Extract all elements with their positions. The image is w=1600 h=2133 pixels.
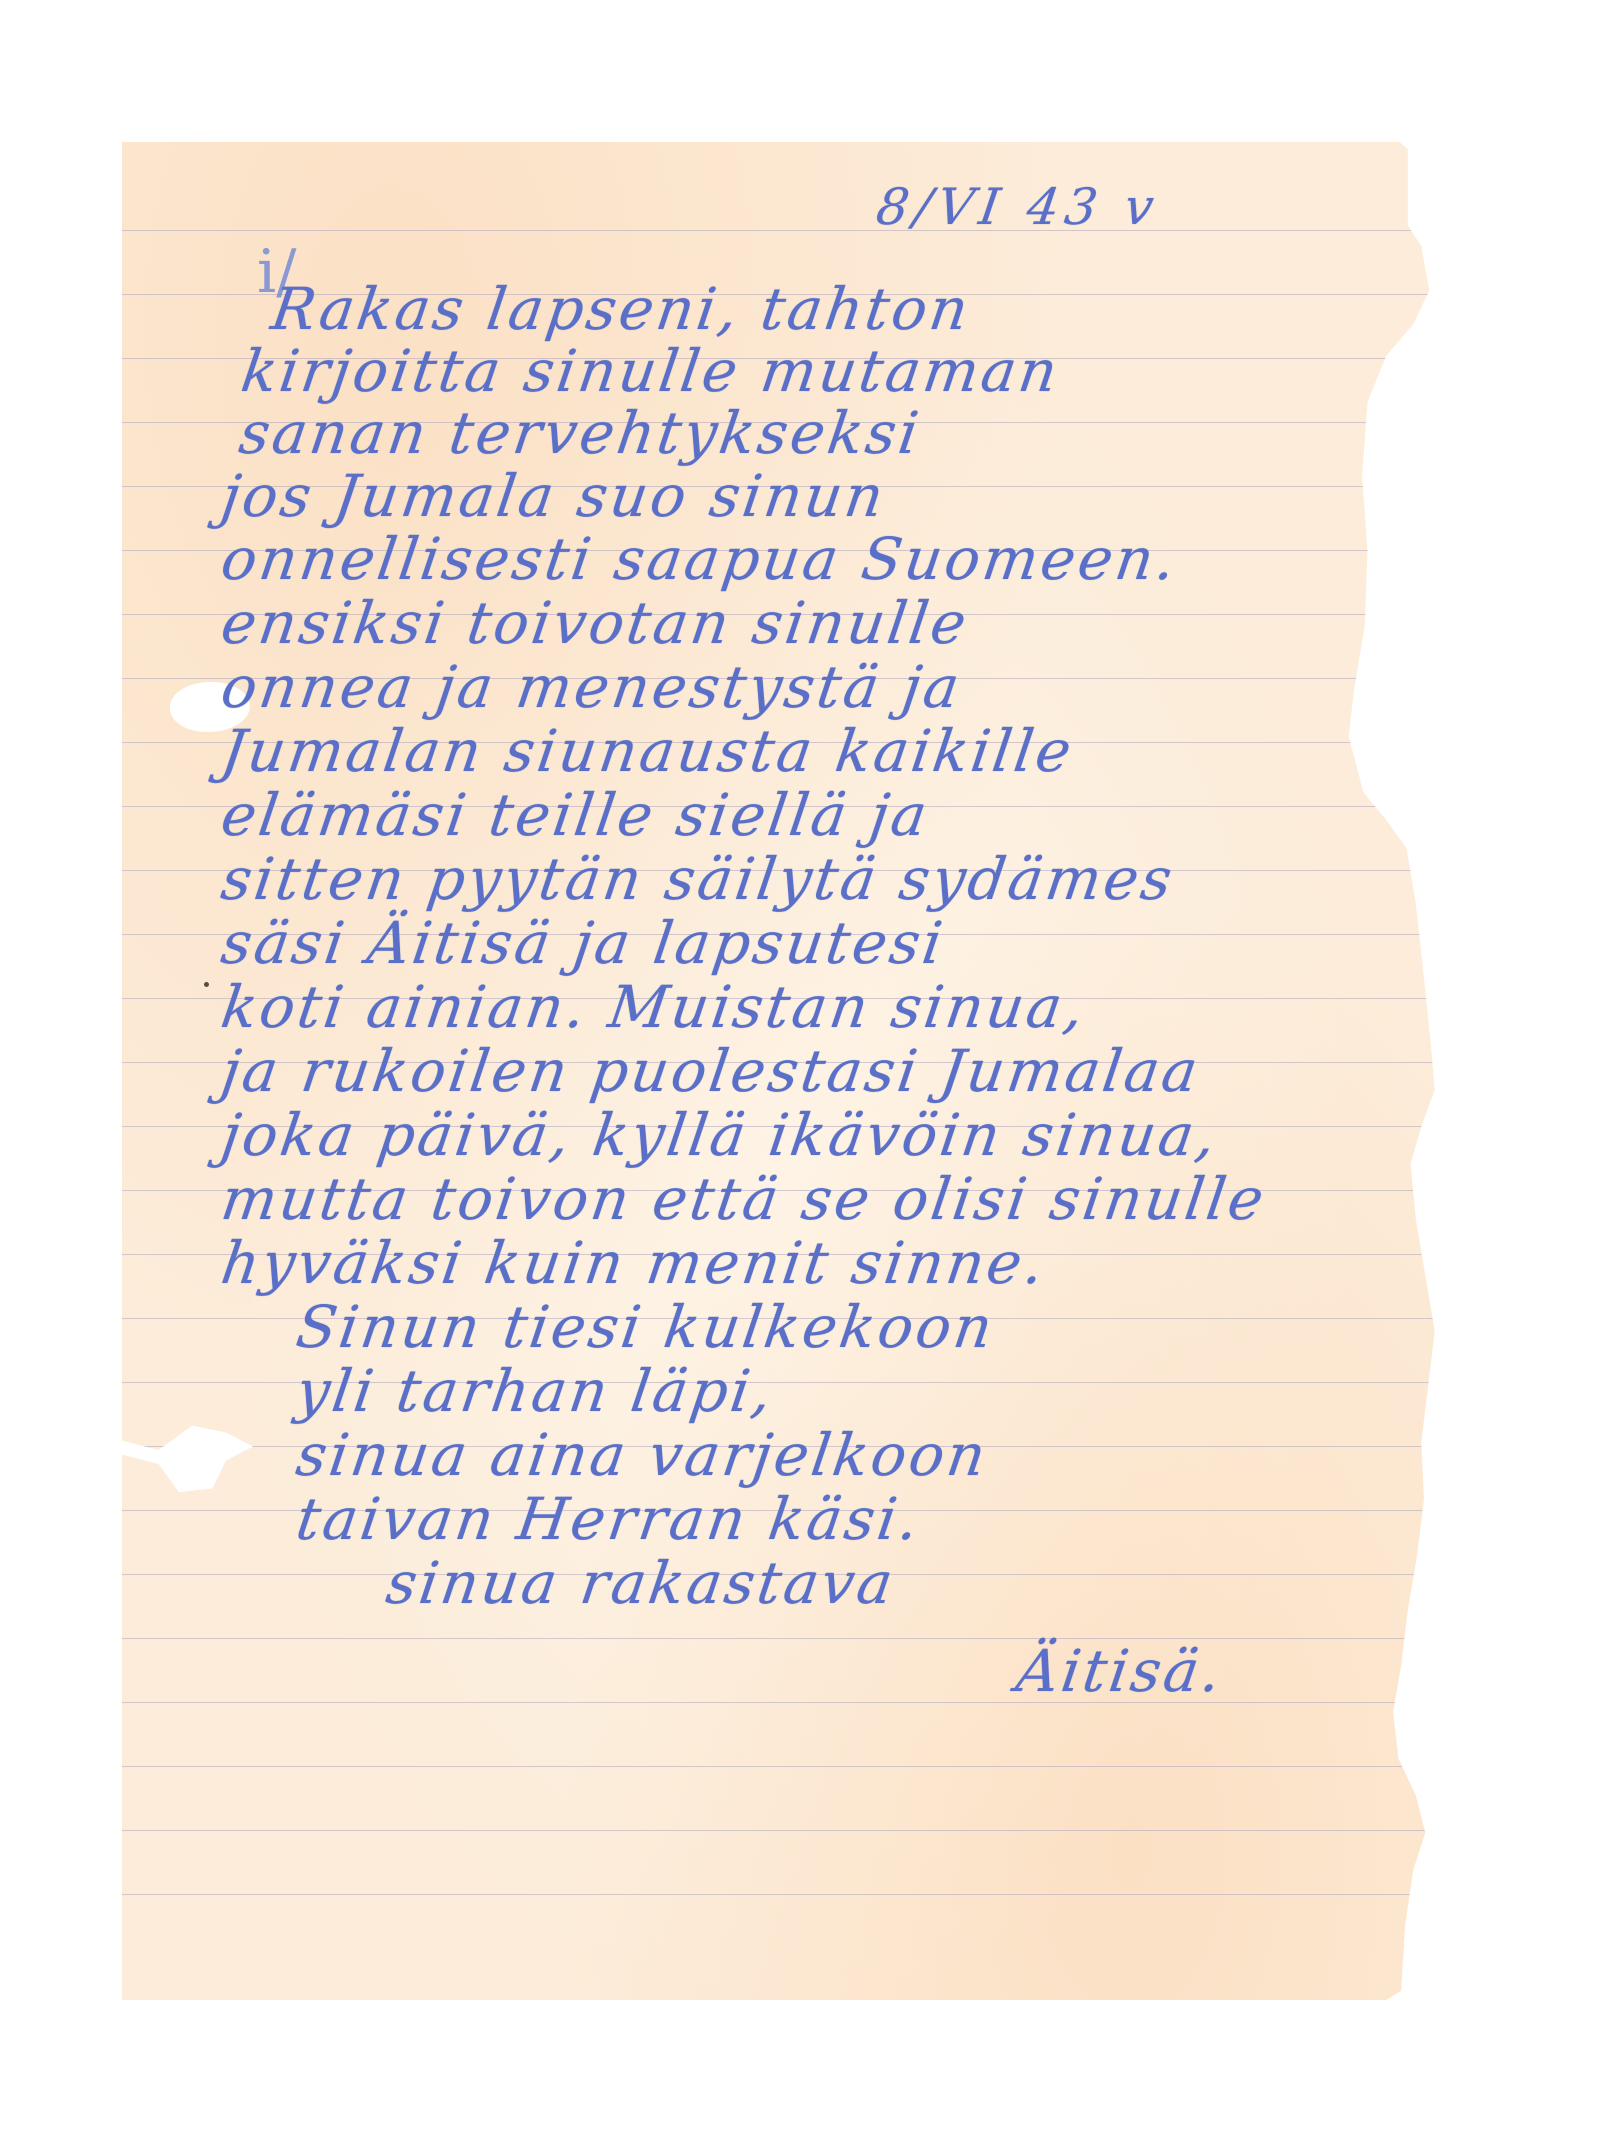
letter-line: ensiksi toivotan sinulle (218, 594, 973, 652)
letter-line: jos Jumala suo sinun (218, 467, 890, 525)
verse-line: Sinun tiesi kulkekoon (293, 1298, 999, 1356)
letter-line: sanan tervehtykseksi (236, 404, 925, 462)
letter-line: mutta toivon että se olisi sinulle (218, 1170, 1270, 1228)
letter-line: ja rukoilen puolestasi Jumalaa (218, 1042, 1204, 1100)
verse-line: sinua aina varjelkoon (293, 1426, 992, 1484)
signature: Äitisä. (1013, 1642, 1227, 1700)
ruled-line (122, 1766, 1467, 1767)
letter-line: hyväksi kuin menit sinne. (218, 1234, 1050, 1292)
letter-paper: i/ 8/VI 43 v Rakas lapseni, tahton kirjo… (122, 142, 1467, 2000)
ruled-line (122, 1830, 1467, 1831)
letter-line: säsi Äitisä ja lapsutesi (218, 914, 949, 972)
letter-line: onnellisesti saapua Suomeen. (218, 530, 1182, 588)
letter-line: Rakas lapseni, tahton (268, 280, 975, 338)
verse-line: taivan Herran käsi. (293, 1490, 925, 1548)
ruled-line (122, 1894, 1467, 1895)
ruled-line (122, 1702, 1467, 1703)
letter-date: 8/VI 43 v (873, 182, 1162, 232)
letter-line: koti ainian. Muistan sinua, (218, 978, 1090, 1036)
letter-line: kirjoitta sinulle mutaman (238, 342, 1064, 400)
letter-line: Jumalan siunausta kaikille (218, 722, 1078, 780)
ruled-line (122, 1638, 1467, 1639)
torn-punch-hole (118, 1422, 253, 1492)
ruled-line (122, 230, 1467, 231)
letter-line: sitten pyytän säilytä sydämes (218, 850, 1178, 908)
ink-speck (204, 982, 209, 987)
verse-line: yli tarhan läpi, (293, 1362, 778, 1420)
letter-line: joka päivä, kyllä ikävöin sinua, (218, 1106, 1222, 1164)
letter-line: elämäsi teille siellä ja (218, 786, 933, 844)
closing-line: sinua rakastava (383, 1554, 899, 1612)
letter-line: onnea ja menestystä ja (218, 658, 966, 716)
